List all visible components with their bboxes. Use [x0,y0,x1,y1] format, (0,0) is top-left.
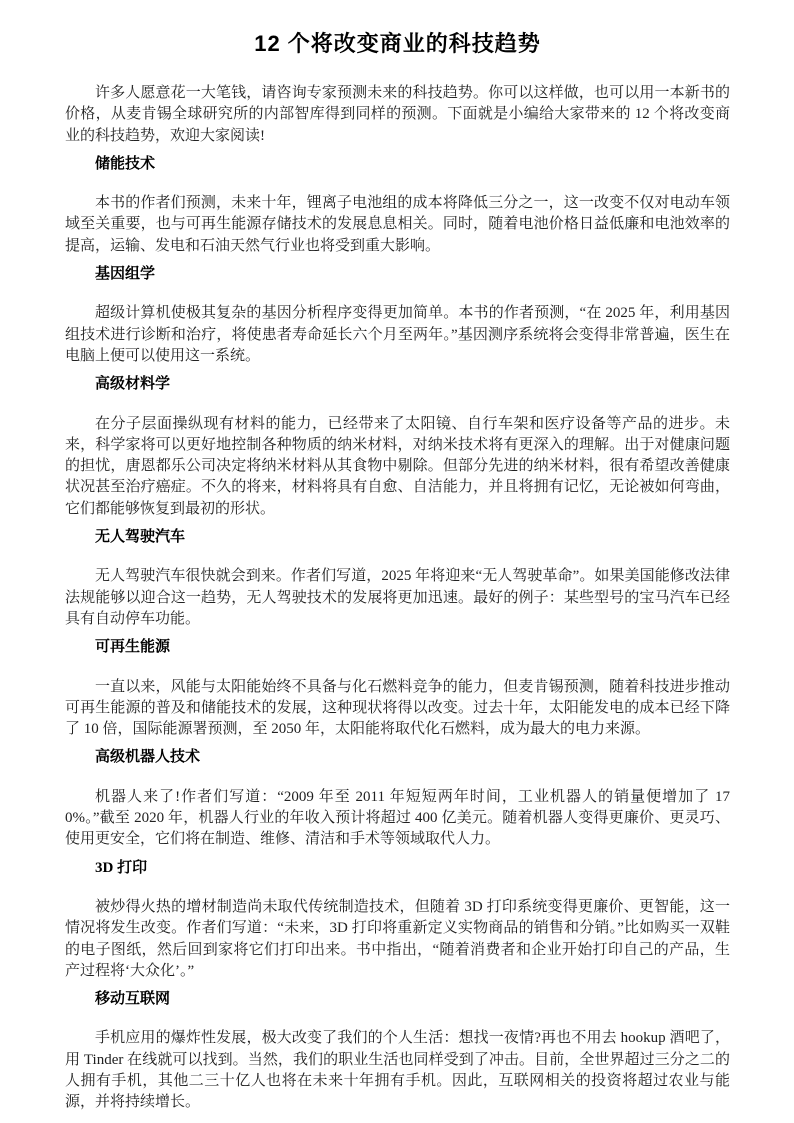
section: 移动互联网 手机应用的爆炸性发展，极大改变了我们的个人生活：想找一夜情?再也不用… [65,989,730,1113]
section-paragraph: 机器人来了!作者们写道：“2009 年至 2011 年短短两年时间，工业机器人的… [65,787,730,851]
section: 可再生能源 一直以来，风能与太阳能始终不具备与化石燃料竞争的能力，但麦肯锡预测，… [65,637,730,740]
page-title: 12 个将改变商业的科技趋势 [65,30,730,58]
section: 储能技术 本书的作者们预测，未来十年，锂离子电池组的成本将降低三分之一，这一改变… [65,154,730,257]
section-paragraph: 被炒得火热的增材制造尚未取代传统制造技术，但随着 3D 打印系统变得更廉价、更智… [65,897,730,982]
section-paragraph: 无人驾驶汽车很快就会到来。作者们写道，2025 年将迎来“无人驾驶革命”。如果美… [65,566,730,630]
section: 无人驾驶汽车 无人驾驶汽车很快就会到来。作者们写道，2025 年将迎来“无人驾驶… [65,527,730,630]
section-paragraph: 一直以来，风能与太阳能始终不具备与化石燃料竞争的能力，但麦肯锡预测，随着科技进步… [65,677,730,741]
section: 基因组学 超级计算机使极其复杂的基因分析程序变得更加简单。本书的作者预测，“在 … [65,264,730,367]
section: 高级材料学 在分子层面操纵现有材料的能力，已经带来了太阳镜、自行车架和医疗设备等… [65,374,730,520]
section-heading: 高级材料学 [65,374,730,395]
sections-container: 储能技术 本书的作者们预测，未来十年，锂离子电池组的成本将降低三分之一，这一改变… [65,154,730,1114]
section-heading: 移动互联网 [65,989,730,1010]
section-heading: 储能技术 [65,154,730,175]
section: 3D 打印 被炒得火热的增材制造尚未取代传统制造技术，但随着 3D 打印系统变得… [65,858,730,982]
intro-paragraph: 许多人愿意花一大笔钱，请咨询专家预测未来的科技趋势。你可以这样做，也可以用一本新… [65,83,730,147]
section-paragraph: 在分子层面操纵现有材料的能力，已经带来了太阳镜、自行车架和医疗设备等产品的进步。… [65,414,730,520]
section: 高级机器人技术 机器人来了!作者们写道：“2009 年至 2011 年短短两年时… [65,747,730,850]
section-heading: 基因组学 [65,264,730,285]
section-heading: 无人驾驶汽车 [65,527,730,548]
section-paragraph: 超级计算机使极其复杂的基因分析程序变得更加简单。本书的作者预测，“在 2025 … [65,303,730,367]
section-paragraph: 手机应用的爆炸性发展，极大改变了我们的个人生活：想找一夜情?再也不用去 hook… [65,1028,730,1113]
document-page: 12 个将改变商业的科技趋势 许多人愿意花一大笔钱，请咨询专家预测未来的科技趋势… [0,0,794,1123]
section-paragraph: 本书的作者们预测，未来十年，锂离子电池组的成本将降低三分之一，这一改变不仅对电动… [65,193,730,257]
section-heading: 高级机器人技术 [65,747,730,768]
section-heading: 可再生能源 [65,637,730,658]
section-heading: 3D 打印 [65,858,730,879]
